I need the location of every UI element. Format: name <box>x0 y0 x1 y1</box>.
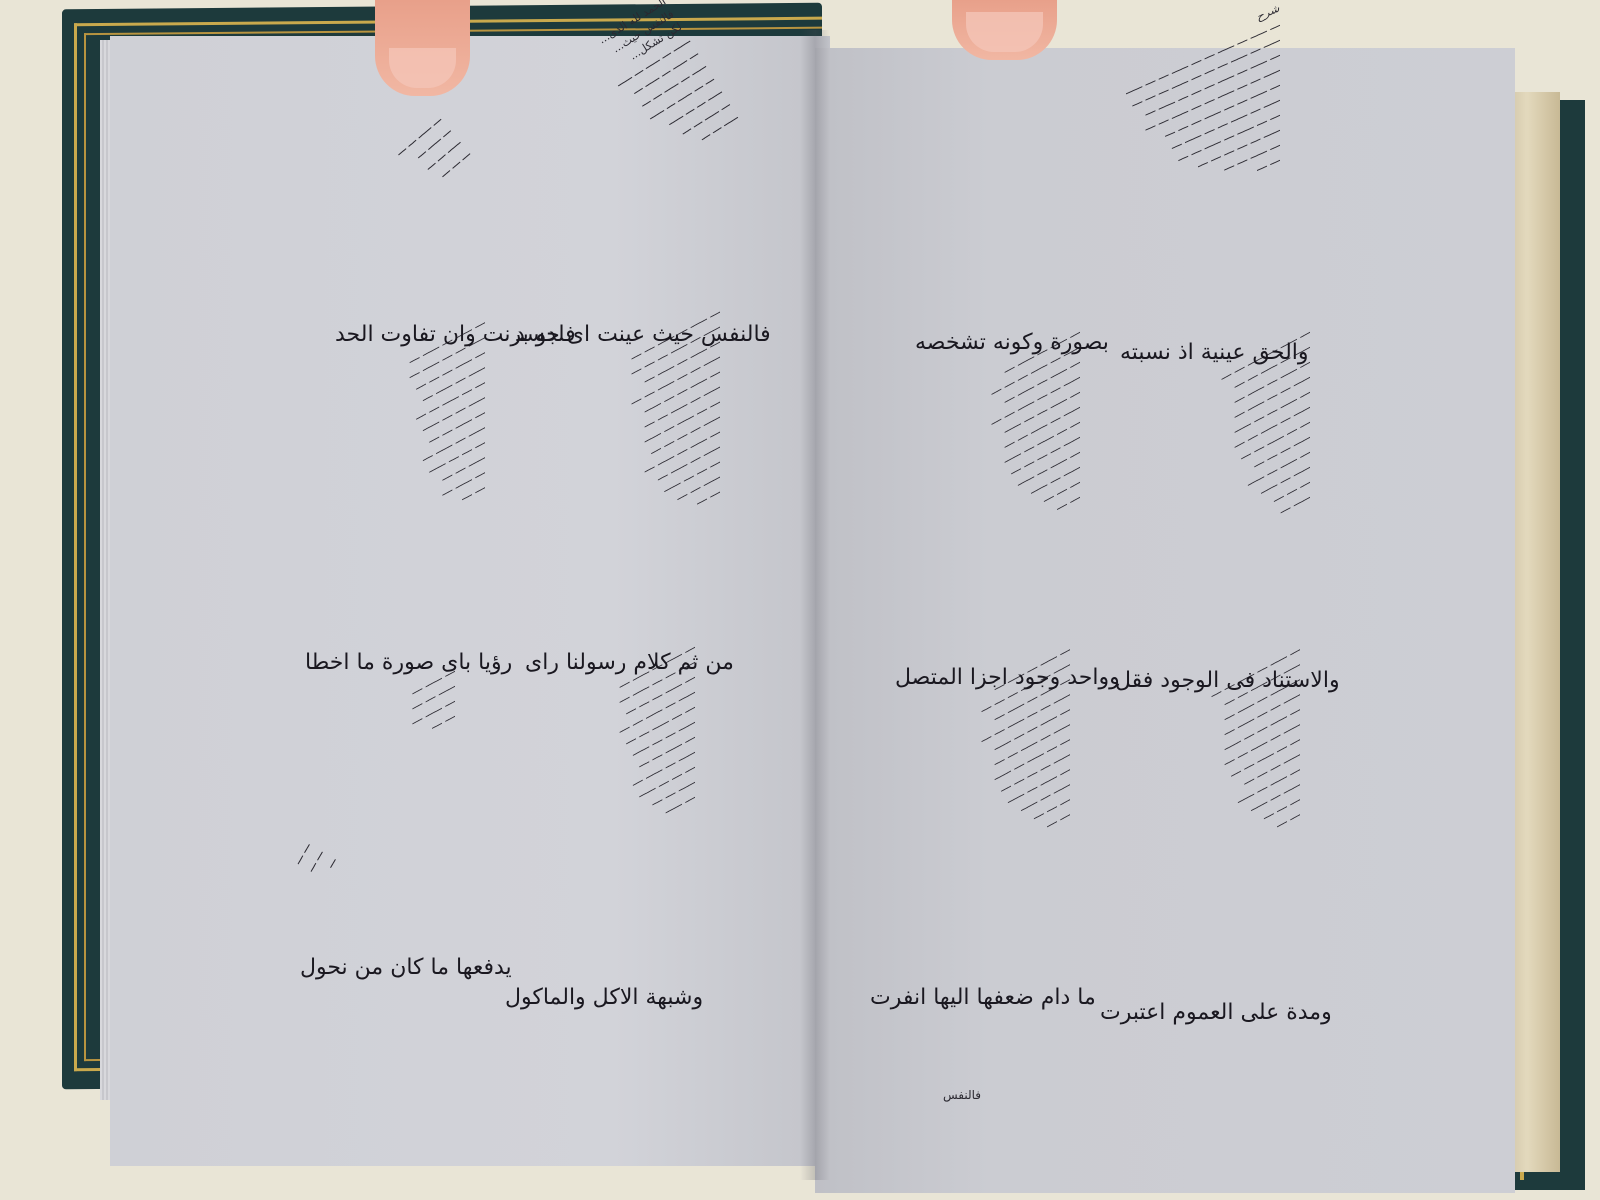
book-gutter <box>800 30 830 1180</box>
verse-line: ما دام ضعفها اليها انفرت <box>870 985 1096 1010</box>
verse-line: فلدو برنت وان تفاوت الحد <box>335 322 576 347</box>
catchword: فالنفس <box>943 1088 981 1102</box>
verse-line: وشبهة الاكل والماكول <box>505 985 703 1010</box>
verse-line: ومدة على العموم اعتبرت <box>1100 1000 1332 1025</box>
verse-line: والحق عينية اذ نسبته <box>1120 340 1309 365</box>
finger-right <box>952 0 1057 60</box>
verse-line: رؤيا باى صورة ما اخطا <box>305 650 512 675</box>
verse-line: من ثم كلام رسولنا راى <box>525 650 734 675</box>
verse-line: بصورة وكونه تشخصه <box>915 330 1109 355</box>
finger-left <box>375 0 470 96</box>
verse-line: والاستناد فى الوجود فقل <box>1115 668 1340 693</box>
verse-line: وواحد وجود اجزا المتصل <box>895 665 1120 690</box>
verse-line: يدفعها ما كان من نحول <box>300 955 512 980</box>
